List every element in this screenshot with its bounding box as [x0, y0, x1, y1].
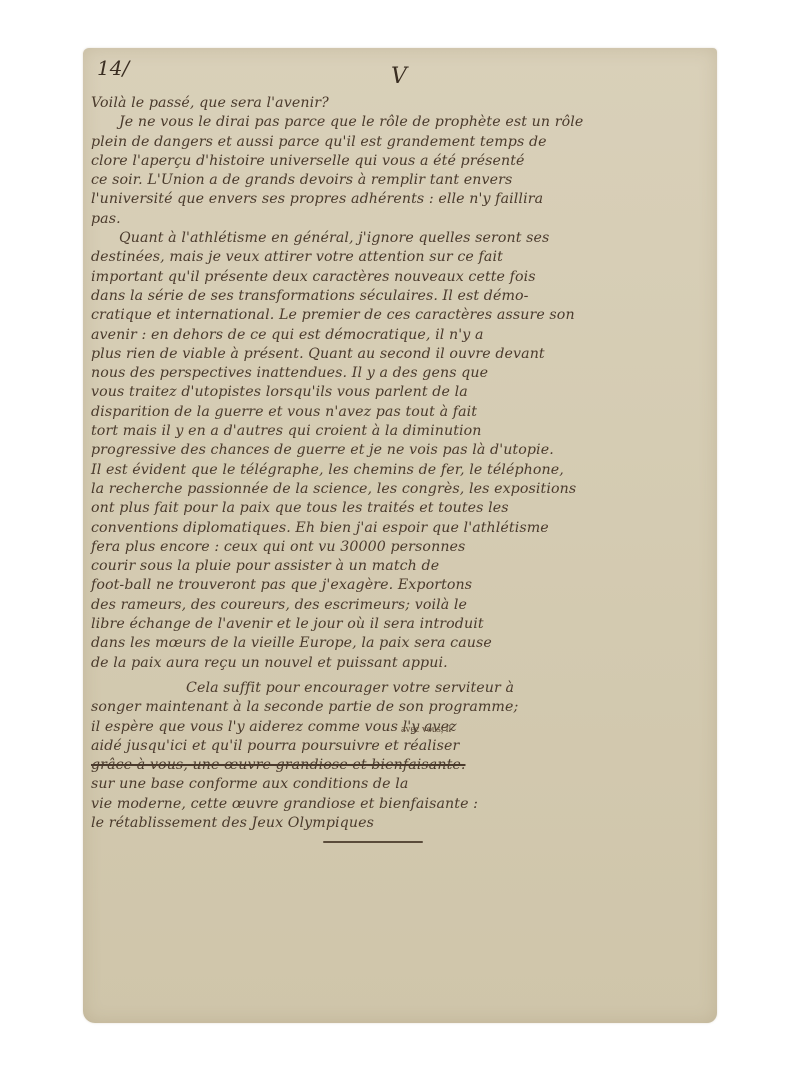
manuscript-line: le rétablissement des Jeux Olympiques	[91, 814, 711, 833]
manuscript-line: songer maintenant à la seconde partie de…	[91, 698, 711, 717]
manuscript-line: vie moderne, cette œuvre grandiose et bi…	[91, 795, 711, 814]
end-rule	[323, 841, 423, 843]
manuscript-line: libre échange de l'avenir et le jour où …	[91, 615, 711, 634]
manuscript-line: ont plus fait pour la paix que tous les …	[91, 499, 711, 518]
manuscript-line: Quant à l'athlétisme en général, j'ignor…	[91, 229, 711, 248]
manuscript-line: plus rien de viable à présent. Quant au …	[91, 345, 711, 364]
manuscript-line: dans la série de ses transformations séc…	[91, 287, 711, 306]
manuscript-line: sur une base conforme aux conditions de …	[91, 775, 711, 794]
manuscript-line: conventions diplomatiques. Eh bien j'ai …	[91, 519, 711, 538]
manuscript-line: vous traitez d'utopistes lorsqu'ils vous…	[91, 383, 711, 402]
manuscript-line: Voilà le passé, que sera l'avenir?	[91, 94, 711, 113]
manuscript-line: la recherche passionnée de la science, l…	[91, 480, 711, 499]
manuscript-line: foot-ball ne trouveront pas que j'exagèr…	[91, 576, 711, 595]
manuscript-body: Voilà le passé, que sera l'avenir? Je ne…	[91, 94, 711, 833]
page-number: 14/	[97, 56, 129, 80]
section-heading: V	[391, 64, 407, 89]
manuscript-line: plein de dangers et aussi parce qu'il es…	[91, 133, 711, 152]
manuscript-page: 14/ V Voilà le passé, que sera l'avenir?…	[83, 48, 717, 1023]
manuscript-line: Cela suffit pour encourager votre servit…	[91, 679, 711, 698]
interlinear-insert: avec vous, il	[401, 724, 451, 735]
manuscript-line: destinées, mais je veux attirer votre at…	[91, 248, 711, 267]
manuscript-line: tort mais il y en a d'autres qui croient…	[91, 422, 711, 441]
manuscript-line: pas.	[91, 210, 711, 229]
manuscript-line: aidé jusqu'ici et qu'il pourra poursuivr…	[91, 737, 711, 756]
manuscript-line: progressive des chances de guerre et je …	[91, 441, 711, 460]
struck-line: grâce à vous, une œuvre grandiose et bie…	[91, 756, 711, 775]
manuscript-line: clore l'aperçu d'histoire universelle qu…	[91, 152, 711, 171]
manuscript-line: l'université que envers ses propres adhé…	[91, 190, 711, 209]
manuscript-line: avenir : en dehors de ce qui est démocra…	[91, 326, 711, 345]
manuscript-line: nous des perspectives inattendues. Il y …	[91, 364, 711, 383]
manuscript-line: courir sous la pluie pour assister à un …	[91, 557, 711, 576]
manuscript-line: fera plus encore : ceux qui ont vu 30000…	[91, 538, 711, 557]
manuscript-line: disparition de la guerre et vous n'avez …	[91, 403, 711, 422]
manuscript-line: Je ne vous le dirai pas parce que le rôl…	[91, 113, 711, 132]
manuscript-line: cratique et international. Le premier de…	[91, 306, 711, 325]
manuscript-line: des rameurs, des coureurs, des escrimeur…	[91, 596, 711, 615]
manuscript-line: Il est évident que le télégraphe, les ch…	[91, 461, 711, 480]
manuscript-line: dans les mœurs de la vieille Europe, la …	[91, 634, 711, 653]
manuscript-line: de la paix aura reçu un nouvel et puissa…	[91, 654, 711, 673]
manuscript-line: important qu'il présente deux caractères…	[91, 268, 711, 287]
manuscript-line: ce soir. L'Union a de grands devoirs à r…	[91, 171, 711, 190]
